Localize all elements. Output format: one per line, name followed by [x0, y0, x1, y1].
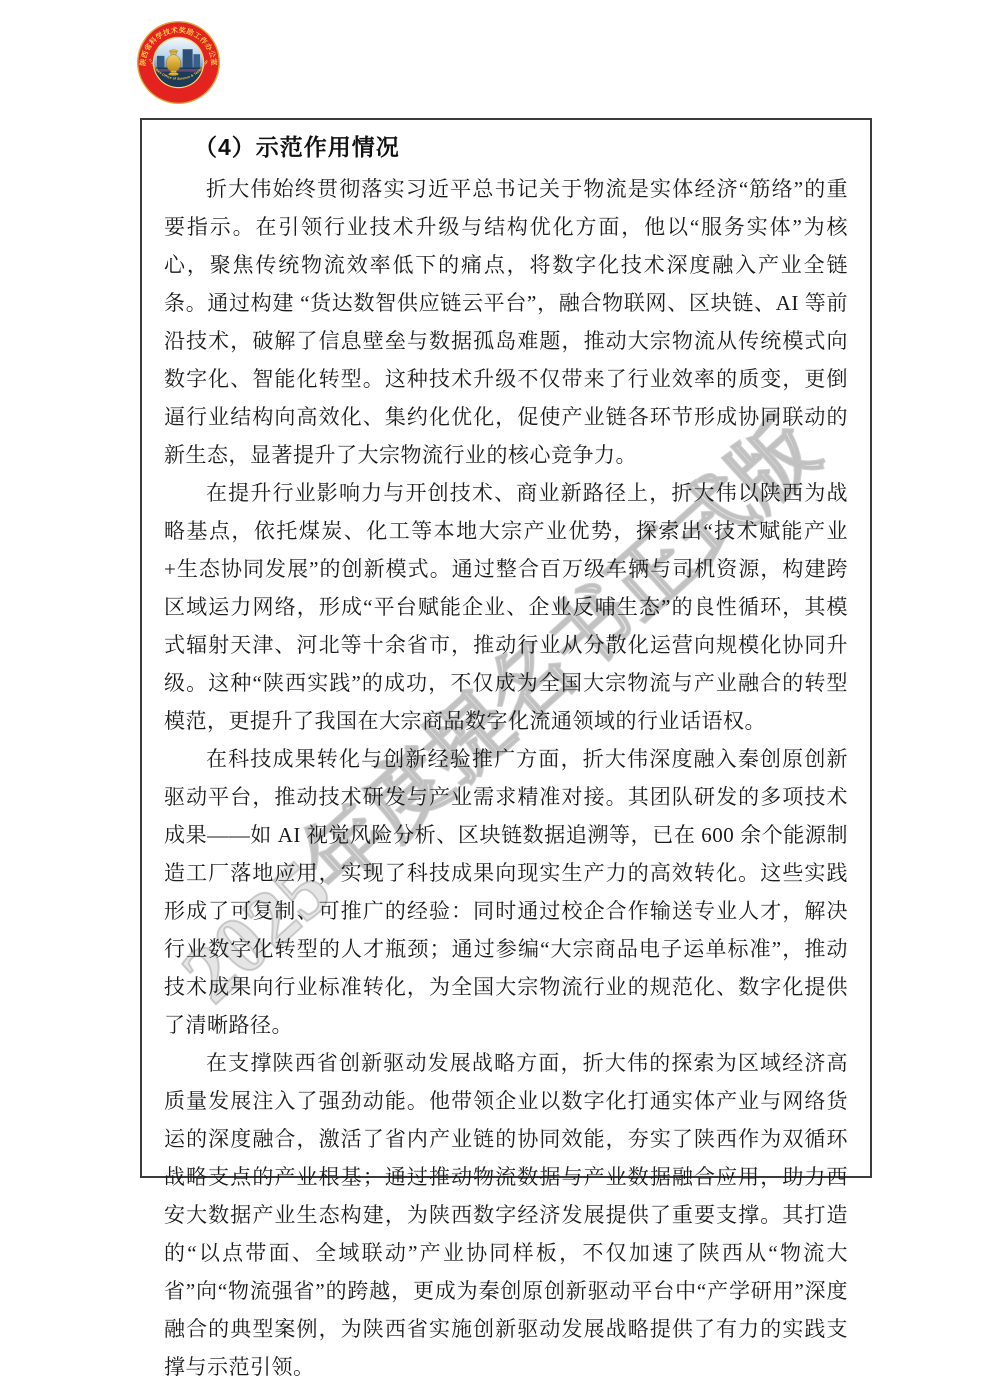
seal-icon: 陕西省科学技术奖励工作办公室 Shaanxi Province Office o…	[137, 21, 220, 104]
content-cell: （4）示范作用情况 折大伟始终贯彻落实习近平总书记关于物流是实体经济“筋络”的重…	[140, 118, 872, 1178]
award-office-seal-logo: 陕西省科学技术奖励工作办公室 Shaanxi Province Office o…	[137, 21, 220, 104]
paragraph-4: 在支撑陕西省创新驱动发展战略方面，折大伟的探索为区域经济高质量发展注入了强劲动能…	[164, 1044, 848, 1386]
paragraph-1: 折大伟始终贯彻落实习近平总书记关于物流是实体经济“筋络”的重要指示。在引领行业技…	[164, 170, 848, 474]
section-title: （4）示范作用情况	[164, 130, 848, 164]
paragraph-2: 在提升行业影响力与开创技术、商业新路径上，折大伟以陕西为战略基点，依托煤炭、化工…	[164, 474, 848, 740]
document-page: 陕西省科学技术奖励工作办公室 Shaanxi Province Office o…	[0, 0, 990, 1399]
paragraph-3: 在科技成果转化与创新经验推广方面，折大伟深度融入秦创原创新驱动平台，推动技术研发…	[164, 740, 848, 1044]
